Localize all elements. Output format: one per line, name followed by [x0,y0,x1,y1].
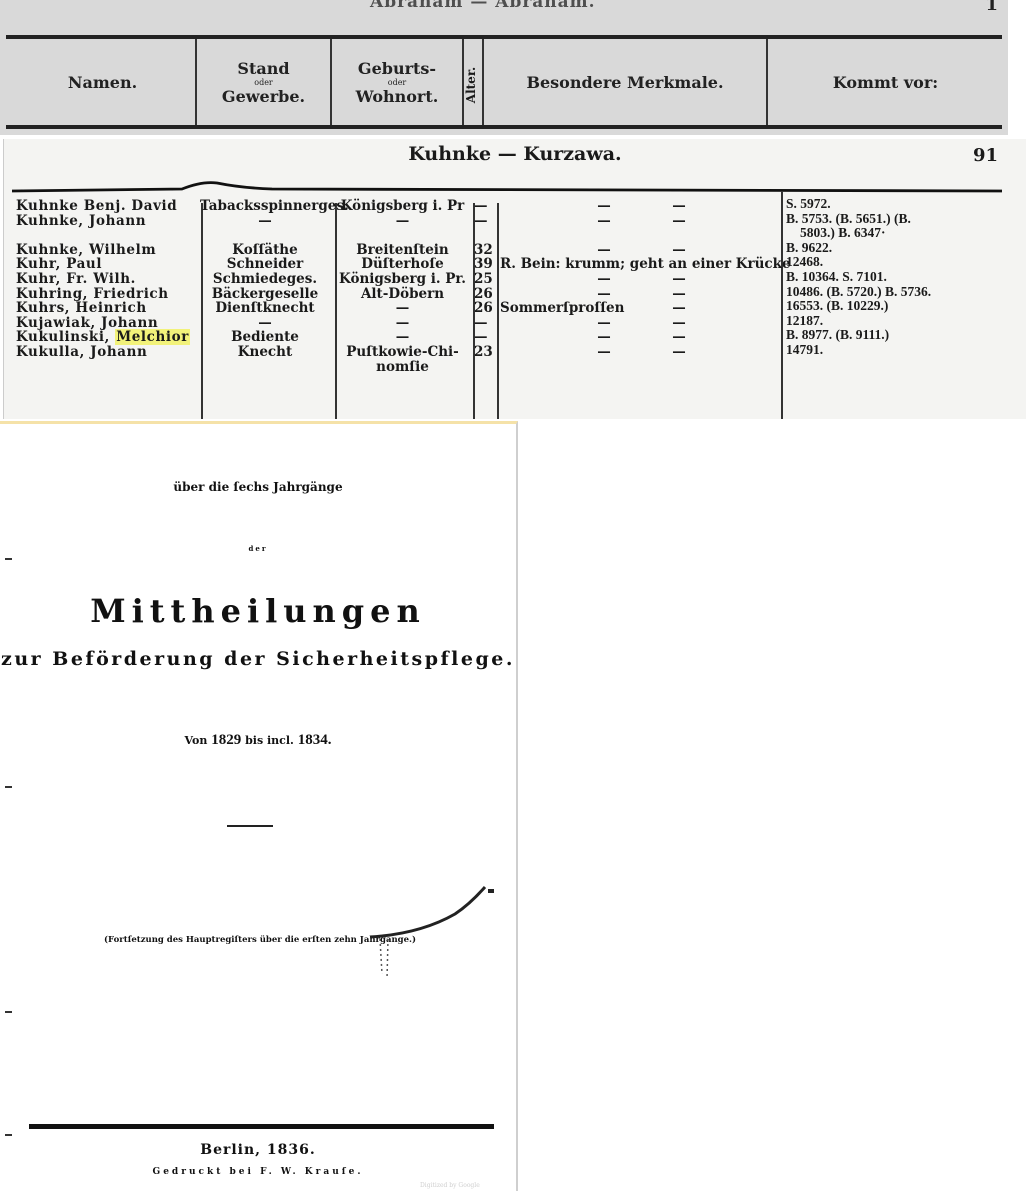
entry-alter: — [474,330,496,345]
entry-reference: B. 9622. [786,241,931,256]
entry-ort: Breitenſtein [334,243,471,258]
place-year: Berlin, 1836. [0,1142,516,1158]
entry-dash: — [664,301,694,316]
register-page-scan: Kuhnke — Kurzawa. 91 Kuhnke Benj. David … [3,139,1026,419]
column-alter: — — 32 39 25 26 26 — — 23 [474,199,496,360]
entry-reference: 12468. [786,255,931,270]
entry-name: Kukulla, Johann [16,345,190,360]
margin-mark [5,558,12,560]
entry-dash: — [589,243,619,258]
entry-stand: — [200,316,330,331]
entry-dash: — [589,214,619,229]
ink-smudge [360,879,500,989]
column-header-merkmale: Besondere Merkmale. [484,42,766,124]
entry-alter: 25 [474,272,496,287]
entry-name: Kuhnke Benj. David [16,199,190,214]
entry-alter: 26 [474,301,496,316]
entry-merkmal: R. Bein: krumm; geht an einer Krücke [500,257,791,272]
entry-stand: Bediente [200,330,330,345]
title-page-scan: über die ſechs Jahrgänge der Mittheilung… [0,421,518,1191]
entry-ort: — [334,214,471,229]
entry-stand: Knecht [200,345,330,360]
entry-dash: — [664,345,694,360]
entry-stand: Tabacksspinnerges. [200,199,330,214]
entry-reference: B. 5753. (B. 5651.) (B. [786,212,931,227]
column-stand: Tabacksspinnerges. — Koſſäthe Schneider … [200,199,330,360]
entry-name: Kuhrs, Heinrich [16,301,190,316]
entry-alter: 26 [474,287,496,302]
entry-stand: Schneider [200,257,330,272]
column-header-namen: Namen. [10,42,195,124]
entry-alter: 39 [474,257,496,272]
entry-dash: — [589,345,619,360]
entry-ort-continued: nomſie [334,360,471,375]
column-header-stand: Stand oder Gewerbe. [197,42,330,124]
header-rule-bottom [6,125,1002,129]
main-title: Mittheilungen [0,592,516,630]
entry-stand: — [200,214,330,229]
page-number: 91 [973,145,998,166]
column-divider [497,203,499,419]
entry-name: Kuhnke, Johann [16,214,190,229]
entry-stand: Dienſtknecht [200,301,330,316]
entry-alter: — [474,214,496,229]
column-kommt-vor: S. 5972. B. 5753. (B. 5651.) (B. 5803.) … [786,197,931,358]
margin-mark [5,786,12,788]
watermark: Digitized by Google [420,1182,520,1189]
entry-name: Kuhnke, Wilhelm [16,243,190,258]
page-number: 1 [985,0,998,15]
year-range: Von 1829 bis incl. 1834. [0,732,516,749]
entry-ort: — [334,301,471,316]
entry-ort: — [334,316,471,331]
column-header-alter: Alter. [462,50,480,120]
entry-ort: — [334,330,471,345]
column-header-kommt-vor: Kommt vor: [768,42,1003,124]
margin-mark [5,1011,12,1013]
entry-alter: — [474,199,496,214]
margin-mark [5,1134,12,1136]
entry-name: Kuhr, Paul [16,257,190,272]
entry-reference: B. 10364. S. 7101. [786,270,931,285]
entry-reference: 14791. [786,343,931,358]
entry-ort: Königsberg i. Pr [334,199,471,214]
entry-dash: — [664,243,694,258]
entry-reference: B. 8977. (B. 9111.) [786,328,931,343]
entry-name: Kuhring, Friedrich [16,287,190,302]
entry-ort: Alt-Döbern [334,287,471,302]
running-head: Abraham — Abraham. [370,0,596,12]
column-dash-2: — — — — — — — — — [664,199,694,360]
entry-dash: — [664,199,694,214]
entry-dash: — [589,287,619,302]
bottom-rule [29,1124,494,1129]
title-line-ueber: über die ſechs Jahrgänge [0,480,516,494]
page-rule [12,179,1012,199]
entry-dash: — [589,330,619,345]
entry-stand: Koſſäthe [200,243,330,258]
column-names: Kuhnke Benj. David Kuhnke, Johann Kuhnke… [16,199,190,360]
entry-name: Kujawiak, Johann [16,316,190,331]
entry-reference-continued: 5803.) B. 6347· [786,226,931,241]
entry-reference: 12187. [786,314,931,329]
entry-reference: 10486. (B. 5720.) B. 5736. [786,285,931,300]
search-highlight: Melchior [115,329,190,345]
entry-ort: Königsberg i. Pr. [334,272,471,287]
column-dash-1: — — — — — — — — [589,199,619,360]
entry-alter: 32 [474,243,496,258]
entry-dash: — [664,272,694,287]
printer-line: Gedruckt bei F. W. Krauſe. [0,1167,516,1177]
subtitle: zur Beförderung der Sicherheitspflege. [0,648,516,670]
entry-dash: — [589,272,619,287]
column-ort: Königsberg i. Pr — Breitenſtein Düſterho… [334,199,471,374]
entry-reference: 16553. (B. 10229.) [786,299,931,314]
entry-alter: — [474,316,496,331]
entry-alter: 23 [474,345,496,360]
decorative-rule [227,825,273,827]
page-title: Kuhnke — Kurzawa. [4,143,1026,165]
entry-dash: — [664,214,694,229]
entry-stand: Schmiedeges. [200,272,330,287]
column-merkmale: R. Bein: krumm; geht an einer Krücke Som… [500,199,791,316]
entry-name: Kuhr, Fr. Wilh. [16,272,190,287]
entry-dash: — [589,316,619,331]
title-line-der: der [0,544,516,553]
entry-merkmal: Sommerſproſſen [500,301,791,316]
header-strip-scan: Abraham — Abraham. 1 Namen. Stand oder G… [0,0,1008,135]
entry-dash: — [664,330,694,345]
header-rule-top [6,35,1002,39]
entry-ort: Puſtkowie-Chi- [334,345,471,360]
entry-dash: — [664,287,694,302]
entry-reference: S. 5972. [786,197,931,212]
entry-dash: — [664,316,694,331]
entry-ort: Düſterhoſe [334,257,471,272]
entry-name-highlighted: Kukulinski, Melchior [16,330,190,345]
column-header-geburtsort: Geburts- oder Wohnort. [332,42,462,124]
entry-stand: Bäckergeselle [200,287,330,302]
entry-dash: — [589,199,619,214]
